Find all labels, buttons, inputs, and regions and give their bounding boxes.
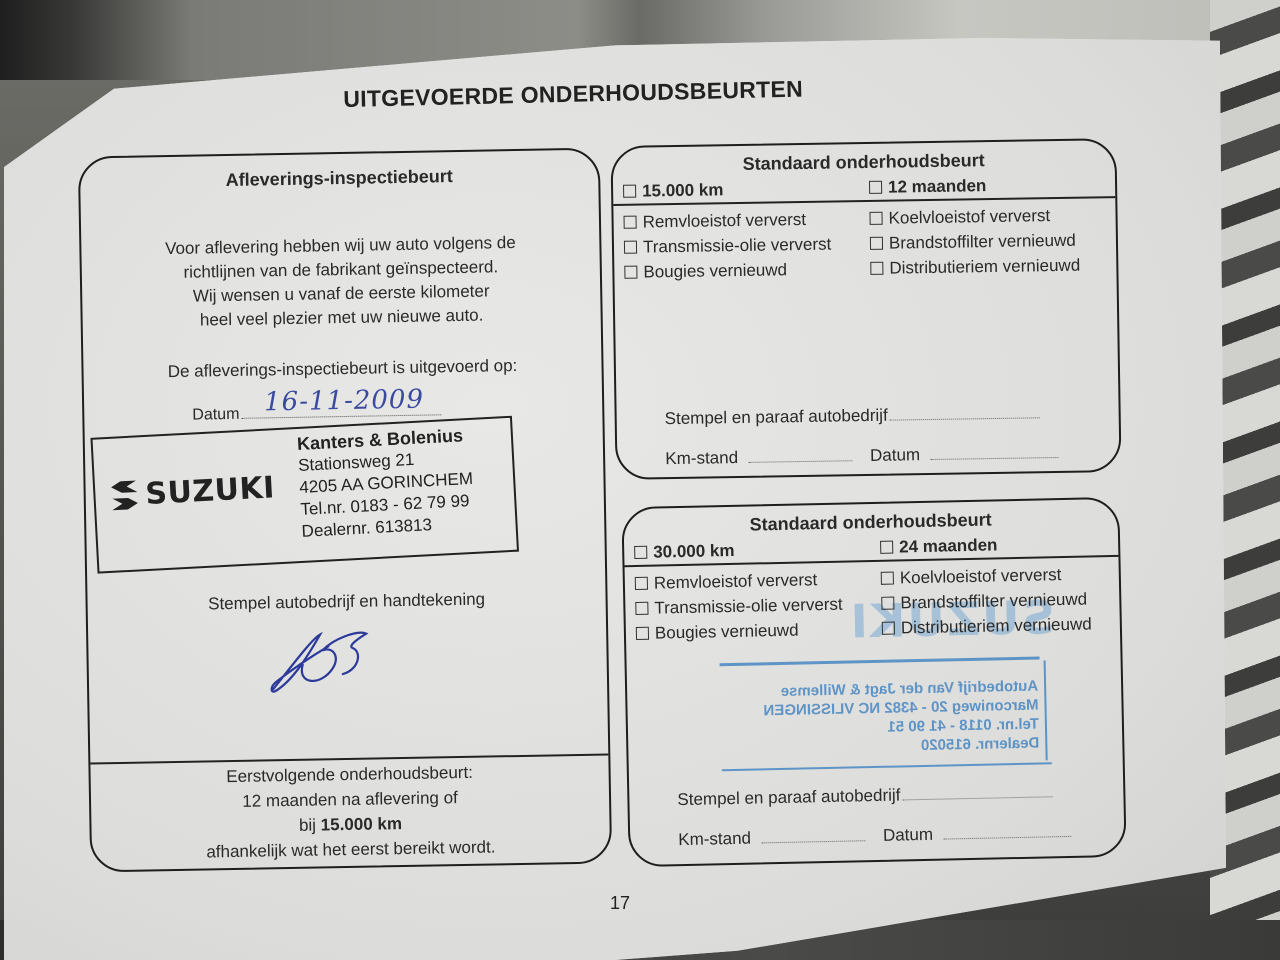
checkbox-icon[interactable] xyxy=(870,262,883,275)
stamp-rule-bottom xyxy=(722,762,1052,771)
km-date-fields: Km-standDatum xyxy=(678,821,1098,850)
delivery-inspection-body: Voor aflevering hebben wij uw auto volge… xyxy=(81,230,601,335)
checkbox-icon[interactable] xyxy=(635,602,648,615)
stamp-border xyxy=(1044,660,1048,760)
checkbox-icon[interactable] xyxy=(634,546,647,559)
checkbox-icon[interactable] xyxy=(623,185,636,198)
checkbox-coolant[interactable]: Koelvloeistof ververst xyxy=(881,562,1062,591)
km-date-fields: Km-standDatum xyxy=(665,443,1085,470)
checkbox-icon[interactable] xyxy=(881,572,894,585)
km-field[interactable] xyxy=(748,460,852,463)
checkbox-icon[interactable] xyxy=(635,577,648,590)
date-field[interactable] xyxy=(930,457,1058,460)
checkbox-brake-fluid[interactable]: Remvloeistof ververst xyxy=(635,567,818,596)
checkbox-timing-belt[interactable]: Distributieriem vernieuwd xyxy=(882,611,1092,640)
checkbox-spark-plugs[interactable]: Bougies vernieuwd xyxy=(624,257,787,285)
dealer-stamp: SUZUKI Kanters & Bolenius Stationsweg 21… xyxy=(90,416,519,574)
checkbox-icon[interactable] xyxy=(624,216,637,229)
service-tasks: Remvloeistof ververst Koelvloeistof verv… xyxy=(623,202,1110,285)
performed-on-label: De afleverings-inspectiebeurt is uitgevo… xyxy=(83,355,601,384)
checkbox-fuel-filter[interactable]: Brandstoffilter vernieuwd xyxy=(870,228,1076,256)
service-interval: 15.000 km 12 maanden xyxy=(613,174,1115,206)
date-label: Datum xyxy=(883,825,933,845)
delivery-inspection-title: Afleverings-inspectiebeurt xyxy=(80,164,598,194)
checkbox-transmission-oil[interactable]: Transmissie-olie ververst xyxy=(624,232,832,260)
stamp-field[interactable]: Stempel en paraaf autobedrijf xyxy=(665,403,1040,429)
page-number: 17 xyxy=(610,893,630,914)
checkbox-icon[interactable] xyxy=(636,627,649,640)
delivery-inspection-box: Afleverings-inspectiebeurt Voor afleveri… xyxy=(78,147,612,872)
checkbox-icon[interactable] xyxy=(869,181,882,194)
date-label: Datum xyxy=(192,406,239,424)
dealer-address: Kanters & Bolenius Stationsweg 21 4205 A… xyxy=(296,424,475,543)
checkbox-brake-fluid[interactable]: Remvloeistof ververst xyxy=(623,207,806,235)
handwritten-date: 16-11-2009 xyxy=(264,385,424,418)
checkbox-icon[interactable] xyxy=(624,266,637,279)
checkbox-icon[interactable] xyxy=(870,237,883,250)
km-label: Km-stand xyxy=(678,829,751,850)
suzuki-wordmark: SUZUKI xyxy=(145,470,276,512)
checkbox-icon[interactable] xyxy=(624,241,637,254)
next-service-info: Eerstvolgende onderhoudsbeurt: 12 maande… xyxy=(90,757,610,866)
stamp-dotted-line xyxy=(890,417,1040,420)
checkbox-icon[interactable] xyxy=(869,212,882,225)
date-label: Datum xyxy=(870,445,920,465)
stamp-field[interactable]: Stempel en paraaf autobedrijf xyxy=(677,782,1052,810)
service-title: Standaard onderhoudsbeurt xyxy=(613,148,1115,177)
stamp-signature-label: Stempel autobedrijf en handtekening xyxy=(87,587,605,616)
suzuki-s-icon xyxy=(109,478,141,514)
km-field[interactable] xyxy=(761,840,865,843)
checkbox-timing-belt[interactable]: Distributieriem vernieuwd xyxy=(870,253,1080,281)
service-tasks: Remvloeistof ververst Koelvloeistof verv… xyxy=(635,561,1122,646)
checkbox-icon[interactable] xyxy=(882,622,895,635)
km-label: Km-stand xyxy=(665,448,738,468)
stamp-dotted-line xyxy=(903,796,1053,800)
mirrored-dealer-address: Autobedrijf Van der Jagt & Willemse Marc… xyxy=(718,677,1040,760)
signature-icon xyxy=(262,623,383,695)
checkbox-coolant[interactable]: Koelvloeistof ververst xyxy=(869,203,1050,231)
checkbox-interval-km[interactable]: 15.000 km xyxy=(623,180,724,202)
date-field[interactable] xyxy=(943,836,1071,840)
checkbox-interval-km[interactable]: 30.000 km xyxy=(634,541,735,563)
checkbox-interval-months[interactable]: 24 maanden xyxy=(880,535,998,557)
service-box-30000: Standaard onderhoudsbeurt 30.000 km 24 m… xyxy=(621,497,1126,867)
checkbox-icon[interactable] xyxy=(881,597,894,610)
checkbox-icon[interactable] xyxy=(880,541,893,554)
suzuki-logo: SUZUKI xyxy=(109,470,276,514)
service-box-15000: Standaard onderhoudsbeurt 15.000 km 12 m… xyxy=(610,138,1121,480)
stamp-rule xyxy=(720,657,1040,667)
checkbox-interval-months[interactable]: 12 maanden xyxy=(869,176,987,198)
checkbox-spark-plugs[interactable]: Bougies vernieuwd xyxy=(636,618,799,646)
